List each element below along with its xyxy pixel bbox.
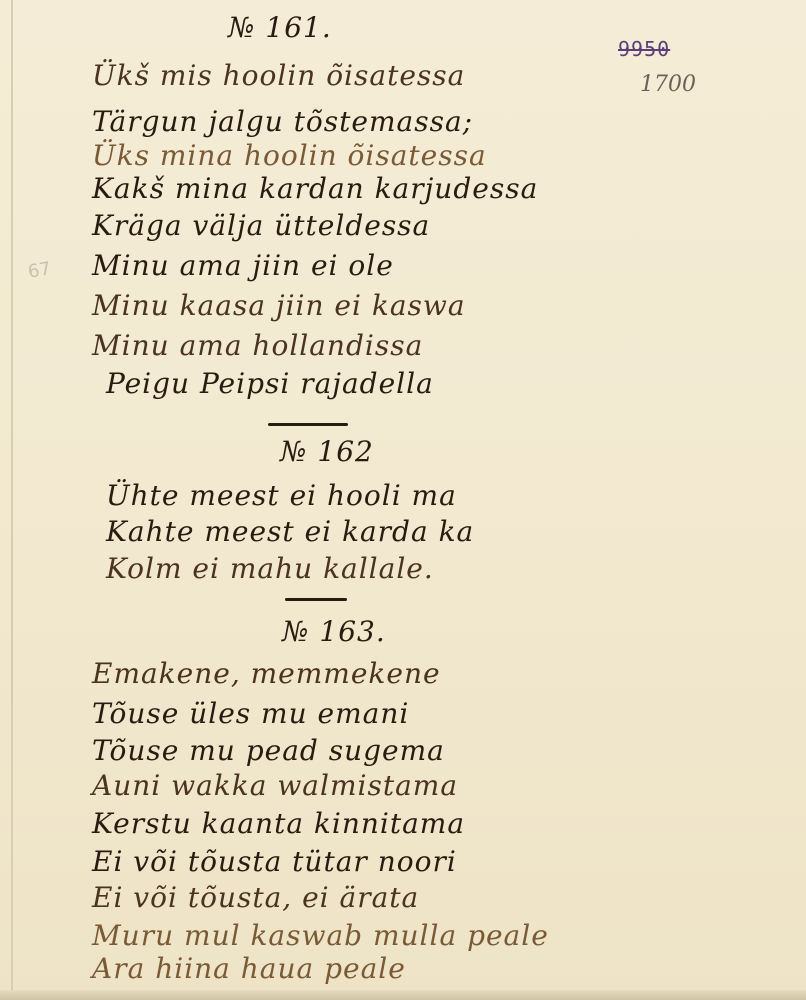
song-161-line: Üks mina hoolin õisatessa bbox=[92, 142, 487, 170]
song-161-line: Ükš mis hoolin õisatessa bbox=[92, 62, 465, 90]
song-163-line: Tõuse mu pead sugema bbox=[92, 737, 445, 765]
song-163-line: Tõuse üles mu emani bbox=[92, 700, 409, 728]
song-161-line: Tärgun jalgu tõstemassa; bbox=[92, 108, 473, 136]
section-divider bbox=[268, 423, 348, 426]
song-161-line: Kräga välja ütteldessa bbox=[92, 212, 430, 240]
archive-number-struck: 9950 bbox=[618, 37, 670, 61]
song-161-line: Kakš mina kardan karjudessa bbox=[92, 175, 538, 203]
song-163-line: Ei või tõusta tütar noori bbox=[92, 848, 457, 876]
song-162-line: Ühte meest ei hooli ma bbox=[106, 482, 457, 510]
song-heading-161: № 161. bbox=[228, 14, 332, 42]
song-heading-163: № 163. bbox=[282, 618, 386, 646]
song-heading-162: № 162 bbox=[280, 438, 374, 466]
section-divider bbox=[285, 598, 347, 601]
margin-pencil-mark: 67 bbox=[26, 258, 52, 283]
song-162-line: Kolm ei mahu kallale. bbox=[106, 555, 434, 583]
song-163-line: Kerstu kaanta kinnitama bbox=[92, 810, 465, 838]
song-161-line: Minu kaasa jiin ei kaswa bbox=[92, 292, 466, 320]
archive-number-current: 1700 bbox=[640, 72, 696, 97]
song-161-line: Peigu Peipsi rajadella bbox=[106, 370, 434, 398]
manuscript-page: 9950 1700 67 № 161. Ükš mis hoolin õisat… bbox=[0, 0, 806, 1000]
song-163-line: Ei või tõusta, ei ärata bbox=[92, 884, 419, 912]
song-163-line: Auni wakka walmistama bbox=[92, 772, 458, 800]
song-163-line: Emakene, memmekene bbox=[92, 660, 441, 688]
song-162-line: Kahte meest ei karda ka bbox=[106, 518, 474, 546]
song-161-line: Minu ama jiin ei ole bbox=[92, 252, 394, 280]
song-163-line: Ara hiina haua peale bbox=[92, 955, 406, 983]
song-161-line: Minu ama hollandissa bbox=[92, 332, 423, 360]
song-163-line: Muru mul kaswab mulla peale bbox=[92, 922, 549, 950]
